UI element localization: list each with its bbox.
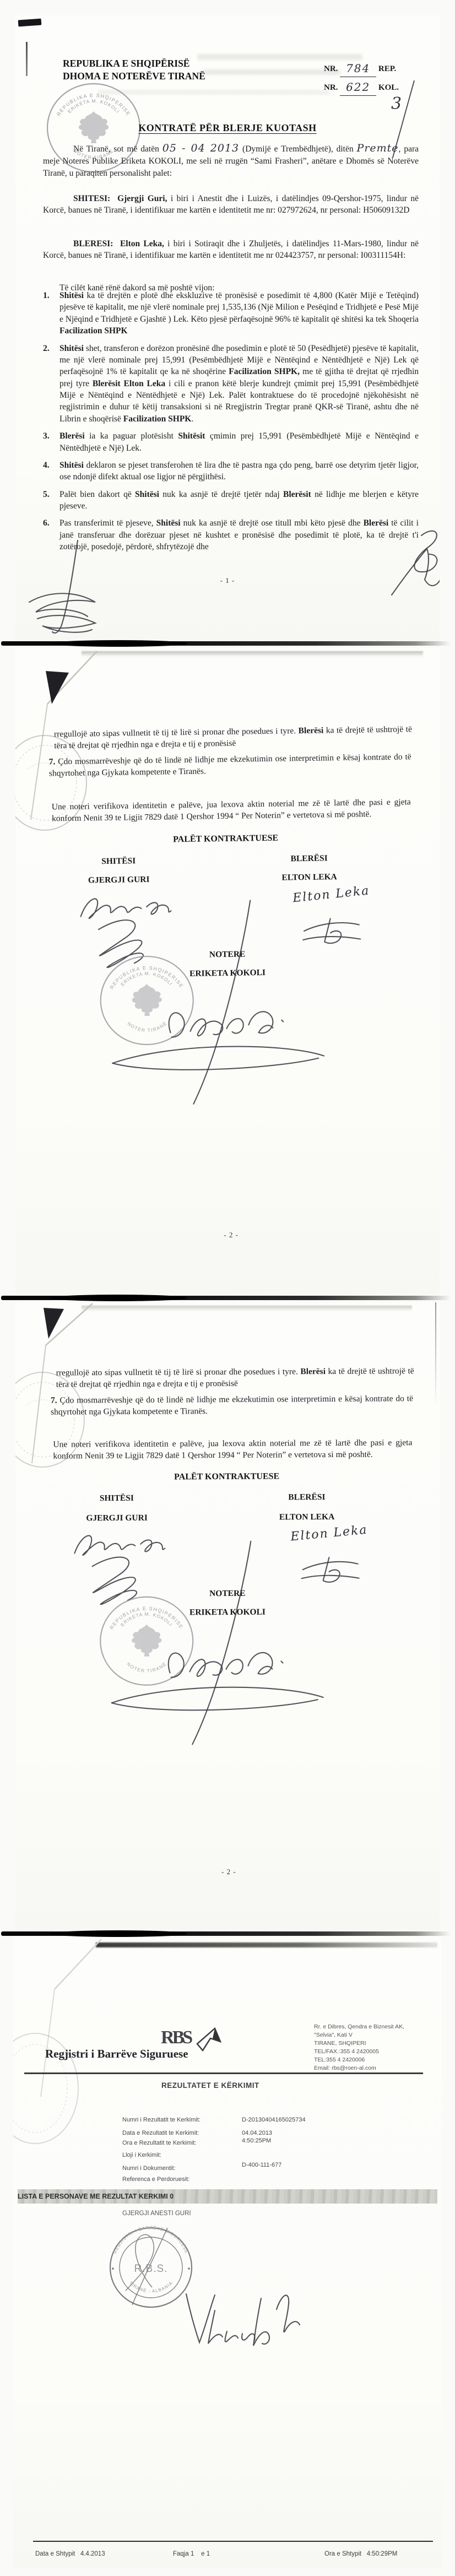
buyer-paragraph: BLERESI: Elton Leka, i biri i Sotiraqit … — [43, 238, 419, 262]
signature-buyer-page1 — [376, 522, 440, 616]
clause-list: 1.Shitësi ka të drejtën e plotë dhe eksk… — [43, 290, 419, 559]
footer-print-time: Ora e Shtypit 4:50:29PM — [324, 2551, 397, 2557]
handwritten-day: Premte — [357, 142, 399, 154]
signature-rbs-clerk — [178, 2279, 305, 2361]
seller-column-heading: SHITËSI — [63, 856, 174, 867]
page-of: e 1 — [201, 2551, 210, 2557]
parties-heading: PALËT KONTRAKTUESE — [15, 1471, 439, 1483]
field-value: 4:50:25PM — [242, 2137, 407, 2144]
rbs-address-block: Rr. e Dibres, Qendra e Biznesit AK, "Sel… — [314, 2023, 404, 2072]
field-value: 04.04.2013 — [242, 2130, 407, 2136]
clause-text: Shitësi — [59, 461, 84, 470]
print-time-value: 4:50:29PM — [367, 2551, 398, 2557]
clause-text: Facilization SHPK — [59, 326, 128, 335]
field-label: Numri i Rezultatit te Kerkimit: — [122, 2117, 243, 2123]
bleedthrough-artifact — [203, 69, 340, 75]
intro-paragraph: Në Tiranë, sot më datën 05 - 04 2013 (Dy… — [43, 141, 419, 180]
clause-text: Blerësi — [59, 431, 85, 441]
rep-number-row: NR. 784 REP. — [324, 58, 399, 77]
svg-text:TIRANË - ALBANIA: TIRANË - ALBANIA — [128, 2280, 174, 2293]
continuation-text: Blerësi — [300, 1367, 326, 1376]
clause-number: 6. — [43, 517, 50, 529]
svg-text:REGJISTRI I BARRËVE SIGURUESE: REGJISTRI I BARRËVE SIGURUESE — [112, 2225, 189, 2254]
searched-person-name: GJERGJI ANESTI GURI — [122, 2210, 191, 2217]
field-label: Data e Rezultatit te Kerkimit: — [122, 2130, 243, 2136]
contract-page-1: REPUBLIKA E SHQIPËRISË DHOMA E NOTERËVE … — [15, 15, 440, 642]
rep-number-underline: 784 — [340, 58, 376, 77]
address-line: Email: rbs@roen-al.com — [314, 2064, 404, 2072]
contract-page-3: rregullojë ato sipas vullnetit të tij të… — [15, 1302, 440, 1930]
clause-3: 3.Blerësi ia ka paguar plotësisht Shitës… — [43, 430, 419, 454]
clause-text: Çdo mosmarrëveshje që do të lindë në lid… — [51, 1394, 413, 1417]
print-date-value: 4.4.2013 — [80, 2551, 105, 2557]
parties-heading: PALËT KONTRAKTUESE — [15, 831, 438, 847]
print-date-label: Data e Shtypit — [35, 2551, 75, 2557]
scan-smudge — [96, 1942, 437, 1947]
signature-seller-page1 — [24, 536, 117, 641]
clause-text: Shitësit — [178, 431, 205, 441]
field-label: Ora e Rezultatit te Kerkimit: — [122, 2140, 243, 2146]
buyer-column-heading: BLERËSI — [254, 853, 364, 865]
clause-text: Shitësi — [135, 490, 159, 499]
clause-text: deklaron se pjeset transferohen të lira … — [59, 461, 419, 481]
clause-text: Shitësi — [156, 518, 181, 528]
clause-text: ka të drejtën e plotë dhe ekskluzive të … — [59, 291, 419, 324]
page-number-1: - 1 - — [15, 576, 440, 585]
clause-5: 5.Palët bien dakort që Shitësi nuk ka as… — [43, 489, 419, 512]
header-rule — [24, 2072, 423, 2074]
footer-rule — [33, 2541, 433, 2542]
page-edge-shadow — [1, 1931, 451, 1936]
address-line: TEL/FAX.:355 4 2420005 — [314, 2048, 404, 2056]
contract-page-2: rregullojë ato sipas vullnetit të tij të… — [15, 648, 440, 1295]
scanned-notary-contract: REPUBLIKA E SHQIPËRISË DHOMA E NOTERËVE … — [0, 0, 455, 2576]
field-label: Referenca e Perdoruesit: — [122, 2176, 243, 2183]
clause-text: Pas transferimit të pjeseve, — [59, 518, 156, 528]
page-number-2: - 2 - — [19, 1228, 440, 1243]
seller-label: SHITESI: — [73, 194, 110, 203]
page2-body: rregullojë ato sipas vullnetit të tij të… — [15, 648, 440, 1295]
buyer-printed-name: ELTON LEKA — [252, 1512, 362, 1523]
clause-number: 7. — [51, 1395, 57, 1405]
buyer-column-heading: BLERËSI — [252, 1492, 362, 1503]
rep-label: REP. — [378, 64, 396, 73]
footer-page-number: Faqja 1 e 1 — [173, 2551, 210, 2557]
intro-after-date: (Dymijë e Trembëdhjetë), ditën — [242, 144, 354, 154]
address-line: TIRANE, SHQIPERI — [314, 2039, 404, 2048]
persons-list-heading: LISTA E PERSONAVE ME REZULTAT KERKIMI 0 — [18, 2189, 437, 2204]
seller-printed-name: GJERGJI GURI — [62, 1513, 172, 1524]
clause-text: Palët bien dakort që — [59, 490, 135, 499]
rbs-result-page: RBS Regjistri i Barrëve Siguruese Rr. e … — [13, 1937, 442, 2568]
seller-column-heading: SHITËSI — [62, 1493, 172, 1504]
continuation-text: rregullojë ato sipas vullnetit të tij të… — [54, 726, 299, 739]
handwritten-date: 05 - 04 2013 — [162, 142, 239, 154]
clause-7: 7. Çdo mosmarrëveshje që do të lindë në … — [49, 751, 412, 780]
page-edge-shadow — [1, 1296, 451, 1300]
scan-corner-artifact — [18, 19, 42, 27]
clause-text: Shitësi — [59, 344, 84, 353]
clause-number: 1. — [43, 290, 50, 301]
continuation-text: rregullojë ato sipas vullnetit të tij të… — [56, 1367, 301, 1377]
buyer-name: Elton Leka, — [120, 239, 164, 248]
clause-7: 7. Çdo mosmarrëveshje që do të lindë në … — [51, 1393, 413, 1419]
contract-title: KONTRATË PËR BLERJE KUOTASH — [15, 122, 440, 134]
address-line: "Selvia", Kati V — [314, 2031, 404, 2039]
signature-notary-kokoli — [86, 897, 337, 1110]
page3-body: rregullojë ato sipas vullnetit të tij të… — [15, 1302, 440, 1930]
buyer-label: BLERESI: — [73, 239, 113, 248]
results-title: REZULTATET E KËRKIMIT — [13, 2081, 408, 2090]
clause-1: 1.Shitësi ka të drejtën e plotë dhe eksk… — [43, 290, 419, 337]
clause-text: nuk ka asnjë të drejtë ose titull mbi kë… — [181, 518, 364, 528]
clause-text: Facilization SHPK — [123, 414, 192, 424]
clause-4: 4.Shitësi deklaron se pjeset transferohe… — [43, 459, 419, 483]
footer-print-date: Data e Shtypit 4.4.2013 — [35, 2551, 105, 2557]
rbs-logo-flag-icon — [195, 2026, 224, 2054]
field-value: D-400-111-677 — [242, 2162, 407, 2168]
clause-text: Blerësit — [283, 490, 311, 499]
field-label: Lloji i Kerkimit: — [122, 2152, 243, 2158]
letterhead-line1: REPUBLIKA E SHQIPËRISË — [63, 57, 205, 70]
buyer-printed-name: ELTON LEKA — [254, 872, 365, 884]
clause-text: ia ka paguar plotësisht — [85, 431, 178, 441]
page-label: Faqja 1 — [173, 2551, 194, 2557]
rbs-stamp-arc-bottom: TIRANË - ALBANIA — [128, 2280, 174, 2293]
seller-name: Gjergji Guri, — [117, 194, 167, 203]
letterhead: REPUBLIKA E SHQIPËRISË DHOMA E NOTERËVE … — [63, 57, 205, 83]
scan-line-artifact — [26, 42, 28, 76]
kol-number-handwritten: 622 — [346, 80, 370, 94]
clause-number: 4. — [43, 459, 50, 471]
rep-number-handwritten: 784 — [346, 62, 370, 75]
rbs-logo-text: RBS — [161, 2027, 191, 2048]
continuation-paragraph: rregullojë ato sipas vullnetit të tij të… — [56, 1365, 414, 1391]
continuation-paragraph: rregullojë ato sipas vullnetit të tij të… — [54, 723, 413, 752]
address-line: Rr. e Dibres, Qendra e Biznesit AK, — [314, 2023, 404, 2031]
notary-attestation: Une noteri verifikova identitetin e palë… — [52, 796, 411, 825]
rbs-organization-name: Regjistri i Barrëve Siguruese — [45, 2047, 188, 2061]
clause-text: Facilization SHPK, — [229, 367, 300, 376]
address-line: TEL:355 4 2420006 — [314, 2056, 404, 2064]
clause-text: Shitësi — [59, 291, 84, 300]
clause-number: 5. — [43, 489, 50, 500]
clause-2: 2.Shitësi shet, transferon e dorëzon pro… — [43, 343, 419, 425]
clause-number: 7. — [49, 757, 56, 766]
page-number-2: - 2 - — [17, 1866, 440, 1877]
clause-text: Çdo mosmarrëveshje që do të lindë në lid… — [49, 752, 411, 778]
intro-before-date: Në Tiranë, sot më datën — [73, 144, 159, 154]
clause-text: Blerësit Elton Leka — [93, 379, 165, 388]
seller-paragraph: SHITESI: Gjergji Guri, i biri i Anestit … — [43, 193, 419, 217]
continuation-text: Blerësi — [298, 726, 323, 735]
notary-attestation: Une noteri verifikova identitetin e palë… — [53, 1437, 412, 1463]
print-time-label: Ora e Shtypit — [324, 2551, 361, 2557]
clause-number: 2. — [43, 343, 50, 354]
clause-text: . — [191, 414, 193, 424]
field-label: Numri i Dokumentit: — [122, 2165, 243, 2172]
clause-text: nuk ka asnjë të drejtë tjetër ndaj — [159, 490, 283, 499]
page-edge-shadow — [1, 641, 451, 646]
signature-notary-kokoli — [86, 1539, 335, 1749]
clause-number: 3. — [43, 430, 50, 442]
field-value: D-20130404165025734 — [242, 2117, 407, 2123]
annotation-3: 3 — [391, 94, 402, 113]
nr-label: NR. — [324, 64, 338, 73]
rbs-stamp-arc-top: REGJISTRI I BARRËVE SIGURUESE — [112, 2225, 189, 2254]
nr-label: NR. — [324, 83, 338, 92]
seller-printed-name: GJERGJI GURI — [64, 874, 174, 886]
kol-number-underline: 622 — [340, 77, 376, 96]
